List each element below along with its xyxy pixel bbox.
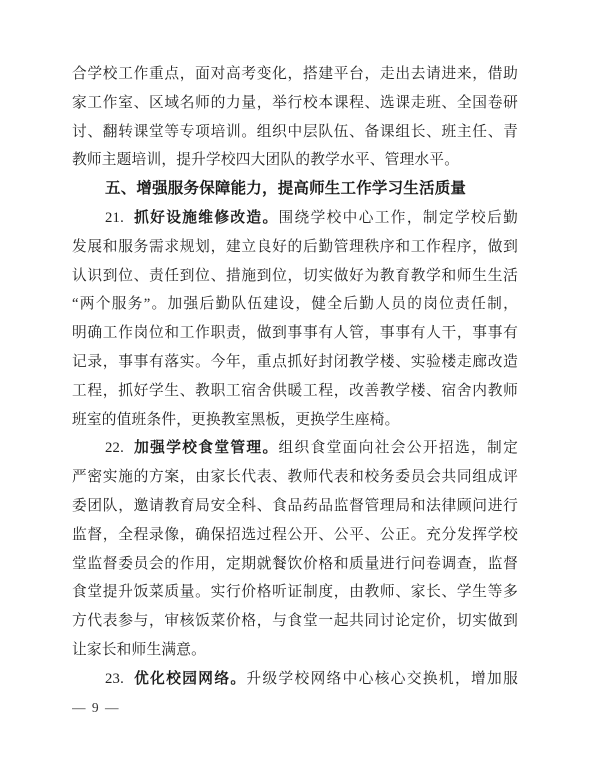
line-text: 组织食堂面向社会公开招选，制定 <box>279 440 518 456</box>
paragraph-number: 23. <box>105 671 124 687</box>
text-line: 方代表参与，审核饭菜价格，与食堂一起共同讨论定价，切实做到 <box>72 607 518 636</box>
text-line: 班室的值班条件，更换教室黑板，更换学生座椅。 <box>72 406 518 435</box>
page-number: — 9 — <box>72 694 518 723</box>
paragraph-lead: 加强学校食堂管理。 <box>133 440 279 456</box>
text-line: 教师主题培训，提升学校四大团队的教学水平、管理水平。 <box>72 146 518 175</box>
paragraph-23-first-line: 23.优化校园网络。升级学校网络中心核心交换机，增加服 <box>72 665 518 694</box>
text-line: 合学校工作重点，面对高考变化，搭建平台，走出去请进来，借助名 <box>72 60 518 89</box>
text-line: 发展和服务需求规划，建立良好的后勤管理秩序和工作程序，做到 <box>72 233 518 262</box>
text-line: 记录，事事有落实。今年，重点抓好封闭教学楼、实验楼走廊改造 <box>72 348 518 377</box>
paragraph-22-first-line: 22.加强学校食堂管理。组织食堂面向社会公开招选，制定 <box>72 434 518 463</box>
text-line: 严密实施的方案，由家长代表、教师代表和校务委员会共同组成评 <box>72 463 518 492</box>
paragraph-lead: 抓好设施维修改造。 <box>133 210 279 226</box>
text-line: 监督，全程录像，确保招选过程公开、公平、公正。充分发挥学校食 <box>72 521 518 550</box>
line-text: 升级学校网络中心核心交换机，增加服 <box>246 671 518 687</box>
text-line: 明确工作岗位和工作职责，做到事事有人管，事事有人干，事事有 <box>72 319 518 348</box>
text-line: 认识到位、责任到位、措施到位，切实做好为教育教学和师生生活 <box>72 262 518 291</box>
text-line: 家工作室、区域名师的力量，举行校本课程、选课走班、全国卷研 <box>72 89 518 118</box>
text-line: 食堂提升饭菜质量。实行价格听证制度，由教师、家长、学生等多 <box>72 578 518 607</box>
text-line: 委团队，邀请教育局安全科、食品药品监督管理局和法律顾问进行 <box>72 492 518 521</box>
paragraph-number: 22. <box>105 440 124 456</box>
text-block: 合学校工作重点，面对高考变化，搭建平台，走出去请进来，借助名 家工作室、区域名师… <box>72 60 518 722</box>
paragraph-21-first-line: 21.抓好设施维修改造。围绕学校中心工作，制定学校后勤 <box>72 204 518 233</box>
text-line: 讨、翻转课堂等专项培训。组织中层队伍、备课组长、班主任、青年 <box>72 118 518 147</box>
text-line: 工程，抓好学生、教职工宿舍供暖工程，改善教学楼、宿舍内教师值 <box>72 377 518 406</box>
text-line: “两个服务”。加强后勤队伍建设，健全后勤人员的岗位责任制， <box>72 290 518 319</box>
paragraph-lead: 优化校园网络。 <box>133 671 246 687</box>
document-page: 合学校工作重点，面对高考变化，搭建平台，走出去请进来，借助名 家工作室、区域名师… <box>0 0 590 770</box>
section-heading: 五、增强服务保障能力，提高师生工作学习生活质量 <box>72 175 518 204</box>
paragraph-number: 21. <box>105 210 124 226</box>
text-line: 让家长和师生满意。 <box>72 636 518 665</box>
text-line: 堂监督委员会的作用，定期就餐饮价格和质量进行问卷调查，监督 <box>72 550 518 579</box>
line-text: 围绕学校中心工作，制定学校后勤 <box>279 210 518 226</box>
